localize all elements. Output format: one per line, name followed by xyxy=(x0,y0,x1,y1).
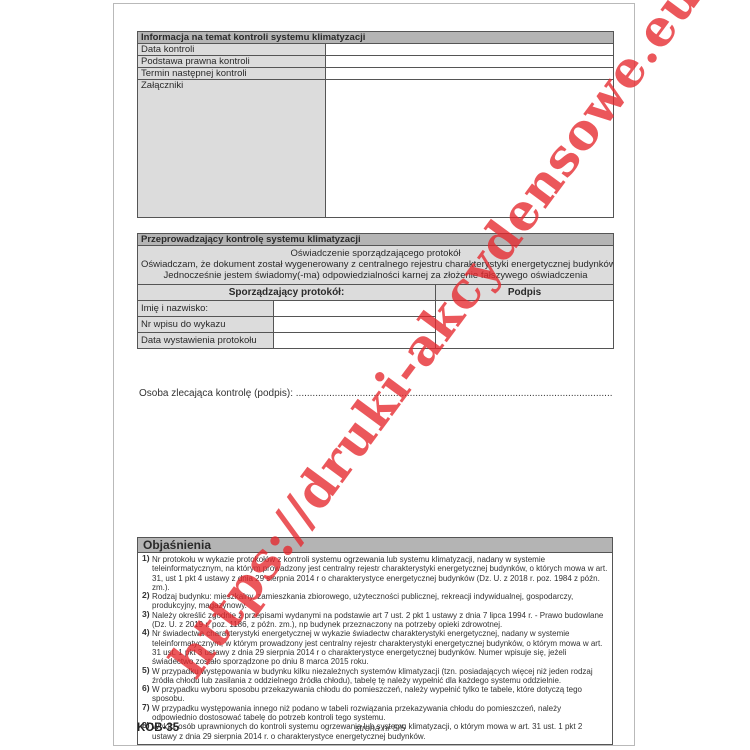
ordering-person-label: Osoba zlecająca kontrolę (podpis): xyxy=(139,388,293,399)
field-attachments[interactable] xyxy=(326,80,614,218)
ordering-person-line[interactable]: Osoba zlecająca kontrolę (podpis): .....… xyxy=(139,388,613,399)
note-text: Nr świadectwa charakterystyki energetycz… xyxy=(152,629,608,666)
inspection-info-table: Informacja na temat kontroli systemu kli… xyxy=(137,31,614,218)
signature-column-header: Podpis xyxy=(436,285,614,301)
inspector-title: Przeprowadzający kontrolę systemu klimat… xyxy=(138,234,614,246)
note-number: 1) xyxy=(142,554,152,591)
label-legal-basis: Podstawa prawna kontroli xyxy=(138,56,326,68)
notes-title: Objaśnienia xyxy=(138,538,613,553)
note-text: W przypadku występowania w budynku kilku… xyxy=(152,667,608,686)
note-item: 4)Nr świadectwa charakterystyki energety… xyxy=(142,629,608,666)
note-item: 3)Należy określić zgodnie z przepisami w… xyxy=(142,611,608,630)
label-registry-number: Nr wpisu do wykazu xyxy=(138,317,274,333)
note-text: W przypadku występowania innego niż poda… xyxy=(152,704,608,723)
label-attachments: Załączniki xyxy=(138,80,326,218)
declaration-heading: Oświadczenie sporządzającego protokół xyxy=(141,248,610,259)
ordering-person-signature-dots[interactable]: ........................................… xyxy=(296,388,613,399)
note-number: 2) xyxy=(142,591,152,610)
label-inspection-date: Data kontroli xyxy=(138,44,326,56)
field-full-name[interactable] xyxy=(274,301,436,317)
form-code: KOB-35 xyxy=(137,722,179,734)
note-item: 5)W przypadku występowania w budynku kil… xyxy=(142,667,608,686)
inspector-table: Przeprowadzający kontrolę systemu klimat… xyxy=(137,233,614,349)
field-signature[interactable] xyxy=(436,301,614,349)
declaration-line-2: Oświadczam, że dokument został wygenerow… xyxy=(141,259,610,270)
field-registry-number[interactable] xyxy=(274,317,436,333)
label-protocol-date: Data wystawienia protokołu xyxy=(138,333,274,349)
label-next-inspection: Termin następnej kontroli xyxy=(138,68,326,80)
label-full-name: Imię i nazwisko: xyxy=(138,301,274,317)
note-item: 2)Rodzaj budynku: mieszkalny, zamieszkan… xyxy=(142,592,608,611)
inspection-info-title: Informacja na temat kontroli systemu kli… xyxy=(138,32,614,44)
field-protocol-date[interactable] xyxy=(274,333,436,349)
note-number: 6) xyxy=(142,684,152,703)
note-number: 7) xyxy=(142,703,152,722)
note-text: Należy określić zgodnie z przepisami wyd… xyxy=(152,611,608,630)
field-inspection-date[interactable] xyxy=(326,44,614,56)
field-legal-basis[interactable] xyxy=(326,56,614,68)
notes-table: Objaśnienia 1)Nr protokołu w wykazie pro… xyxy=(137,537,613,745)
author-column-header: Sporządzający protokół: xyxy=(138,285,436,301)
note-number: 4) xyxy=(142,628,152,665)
note-text: W przypadku wyboru sposobu przekazywania… xyxy=(152,685,608,704)
note-item: 7)W przypadku występowania innego niż po… xyxy=(142,704,608,723)
note-item: 6)W przypadku wyboru sposobu przekazywan… xyxy=(142,685,608,704)
note-text: Rodzaj budynku: mieszkalny, zamieszkania… xyxy=(152,592,608,611)
declaration-line-3: Jednocześnie jestem świadomy(-ma) odpowi… xyxy=(141,270,610,281)
notes-body: 1)Nr protokołu w wykazie protokołów z ko… xyxy=(138,553,613,745)
page-number: strona nr 5/5 xyxy=(355,723,406,733)
note-number: 3) xyxy=(142,610,152,629)
field-next-inspection[interactable] xyxy=(326,68,614,80)
note-number: 5) xyxy=(142,666,152,685)
note-item: 1)Nr protokołu w wykazie protokołów z ko… xyxy=(142,555,608,592)
declaration: Oświadczenie sporządzającego protokół Oś… xyxy=(138,246,614,285)
note-text: Nr protokołu w wykazie protokołów z kont… xyxy=(152,555,608,592)
